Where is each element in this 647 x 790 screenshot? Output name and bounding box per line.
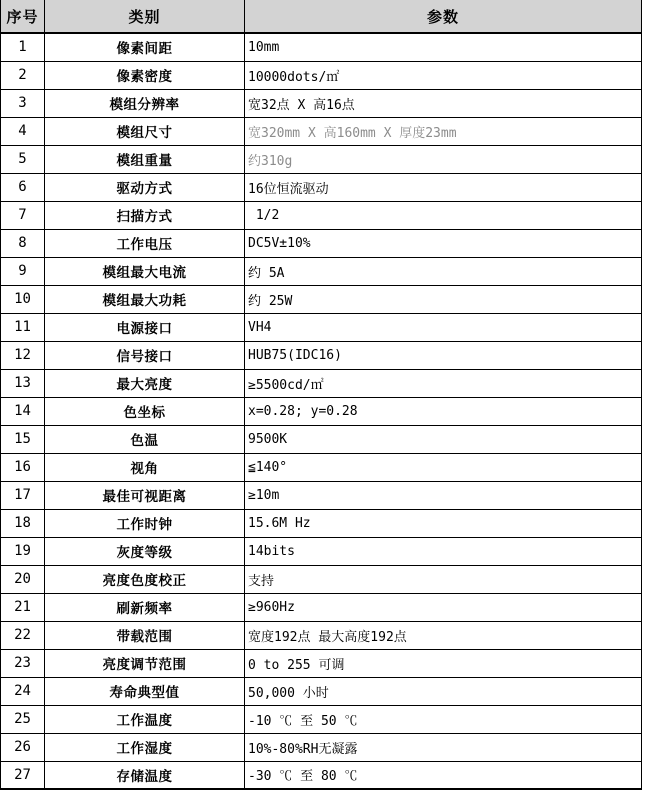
table-row: 16视角≦140° — [1, 453, 642, 481]
column-header-category: 类别 — [45, 0, 245, 33]
row-number-cell: 3 — [1, 89, 45, 117]
row-number-cell: 25 — [1, 705, 45, 733]
value-cell: 约 25W — [245, 285, 642, 313]
row-number-cell: 19 — [1, 537, 45, 565]
row-number-cell: 9 — [1, 257, 45, 285]
column-header-parameter: 参数 — [245, 0, 642, 33]
table-row: 7扫描方式 1/2 — [1, 201, 642, 229]
row-number-cell: 22 — [1, 621, 45, 649]
category-cell: 模组重量 — [45, 145, 245, 173]
table-row: 2像素密度10000dots/㎡ — [1, 61, 642, 89]
value-cell: HUB75(IDC16) — [245, 341, 642, 369]
row-number-cell: 12 — [1, 341, 45, 369]
row-number-cell: 21 — [1, 593, 45, 621]
value-cell: 9500K — [245, 425, 642, 453]
row-number-cell: 5 — [1, 145, 45, 173]
row-number-cell: 26 — [1, 733, 45, 761]
value-cell: 14bits — [245, 537, 642, 565]
table-row: 1像素间距10mm — [1, 33, 642, 61]
table-row: 19灰度等级14bits — [1, 537, 642, 565]
category-cell: 扫描方式 — [45, 201, 245, 229]
table-row: 21刷新频率≥960Hz — [1, 593, 642, 621]
row-number-cell: 4 — [1, 117, 45, 145]
category-cell: 工作湿度 — [45, 733, 245, 761]
value-cell: 10%-80%RH无凝露 — [245, 733, 642, 761]
value-cell: -10 ℃ 至 50 ℃ — [245, 705, 642, 733]
category-cell: 色温 — [45, 425, 245, 453]
row-number-cell: 20 — [1, 565, 45, 593]
category-cell: 信号接口 — [45, 341, 245, 369]
category-cell: 驱动方式 — [45, 173, 245, 201]
row-number-cell: 1 — [1, 33, 45, 61]
table-row: 4模组尺寸宽320mm X 高160mm X 厚度23mm — [1, 117, 642, 145]
table-row: 15色温9500K — [1, 425, 642, 453]
value-cell: 0 to 255 可调 — [245, 649, 642, 677]
table-row: 8工作电压DC5V±10% — [1, 229, 642, 257]
value-cell: x=0.28; y=0.28 — [245, 397, 642, 425]
row-number-cell: 16 — [1, 453, 45, 481]
value-cell: 16位恒流驱动 — [245, 173, 642, 201]
row-number-cell: 15 — [1, 425, 45, 453]
category-cell: 存储温度 — [45, 761, 245, 789]
category-cell: 模组最大电流 — [45, 257, 245, 285]
row-number-cell: 23 — [1, 649, 45, 677]
table-row: 18工作时钟15.6M Hz — [1, 509, 642, 537]
value-cell: 宽320mm X 高160mm X 厚度23mm — [245, 117, 642, 145]
row-number-cell: 8 — [1, 229, 45, 257]
category-cell: 电源接口 — [45, 313, 245, 341]
row-number-cell: 18 — [1, 509, 45, 537]
category-cell: 灰度等级 — [45, 537, 245, 565]
value-cell: ≥960Hz — [245, 593, 642, 621]
category-cell: 工作温度 — [45, 705, 245, 733]
spec-table-body: 1像素间距10mm2像素密度10000dots/㎡3模组分辨率宽32点 X 高1… — [1, 33, 642, 789]
table-row: 26工作湿度10%-80%RH无凝露 — [1, 733, 642, 761]
value-cell: ≦140° — [245, 453, 642, 481]
table-row: 3模组分辨率宽32点 X 高16点 — [1, 89, 642, 117]
value-cell: ≥5500cd/㎡ — [245, 369, 642, 397]
table-row: 25工作温度-10 ℃ 至 50 ℃ — [1, 705, 642, 733]
category-cell: 寿命典型值 — [45, 677, 245, 705]
category-cell: 最佳可视距离 — [45, 481, 245, 509]
value-cell: 10mm — [245, 33, 642, 61]
category-cell: 刷新频率 — [45, 593, 245, 621]
category-cell: 工作电压 — [45, 229, 245, 257]
category-cell: 模组尺寸 — [45, 117, 245, 145]
table-row: 11电源接口VH4 — [1, 313, 642, 341]
row-number-cell: 6 — [1, 173, 45, 201]
category-cell: 亮度调节范围 — [45, 649, 245, 677]
category-cell: 模组分辨率 — [45, 89, 245, 117]
table-row: 9模组最大电流约 5A — [1, 257, 642, 285]
row-number-cell: 13 — [1, 369, 45, 397]
row-number-cell: 27 — [1, 761, 45, 789]
spec-table: 序号 类别 参数 1像素间距10mm2像素密度10000dots/㎡3模组分辨率… — [0, 0, 642, 790]
table-row: 24寿命典型值50,000 小时 — [1, 677, 642, 705]
category-cell: 最大亮度 — [45, 369, 245, 397]
row-number-cell: 2 — [1, 61, 45, 89]
table-row: 6驱动方式16位恒流驱动 — [1, 173, 642, 201]
value-cell: 15.6M Hz — [245, 509, 642, 537]
value-cell: VH4 — [245, 313, 642, 341]
value-cell: 10000dots/㎡ — [245, 61, 642, 89]
table-row: 13最大亮度≥5500cd/㎡ — [1, 369, 642, 397]
value-cell: 宽度192点 最大高度192点 — [245, 621, 642, 649]
category-cell: 亮度色度校正 — [45, 565, 245, 593]
value-cell: 约 5A — [245, 257, 642, 285]
table-row: 14色坐标x=0.28; y=0.28 — [1, 397, 642, 425]
row-number-cell: 7 — [1, 201, 45, 229]
category-cell: 带载范围 — [45, 621, 245, 649]
row-number-cell: 11 — [1, 313, 45, 341]
row-number-cell: 10 — [1, 285, 45, 313]
value-cell: 50,000 小时 — [245, 677, 642, 705]
table-row: 17最佳可视距离≥10m — [1, 481, 642, 509]
value-cell: ≥10m — [245, 481, 642, 509]
value-cell: 支持 — [245, 565, 642, 593]
value-cell: 1/2 — [245, 201, 642, 229]
value-cell: DC5V±10% — [245, 229, 642, 257]
table-row: 5模组重量约310g — [1, 145, 642, 173]
value-cell: -30 ℃ 至 80 ℃ — [245, 761, 642, 789]
category-cell: 色坐标 — [45, 397, 245, 425]
row-number-cell: 24 — [1, 677, 45, 705]
category-cell: 视角 — [45, 453, 245, 481]
category-cell: 模组最大功耗 — [45, 285, 245, 313]
column-header-index: 序号 — [1, 0, 45, 33]
table-row: 10模组最大功耗约 25W — [1, 285, 642, 313]
value-cell: 宽32点 X 高16点 — [245, 89, 642, 117]
table-row: 20亮度色度校正支持 — [1, 565, 642, 593]
value-cell: 约310g — [245, 145, 642, 173]
table-row: 27存储温度-30 ℃ 至 80 ℃ — [1, 761, 642, 789]
category-cell: 像素间距 — [45, 33, 245, 61]
category-cell: 像素密度 — [45, 61, 245, 89]
table-row: 22带载范围宽度192点 最大高度192点 — [1, 621, 642, 649]
table-row: 12信号接口HUB75(IDC16) — [1, 341, 642, 369]
category-cell: 工作时钟 — [45, 509, 245, 537]
table-row: 23亮度调节范围0 to 255 可调 — [1, 649, 642, 677]
row-number-cell: 17 — [1, 481, 45, 509]
row-number-cell: 14 — [1, 397, 45, 425]
table-header-row: 序号 类别 参数 — [1, 0, 642, 33]
